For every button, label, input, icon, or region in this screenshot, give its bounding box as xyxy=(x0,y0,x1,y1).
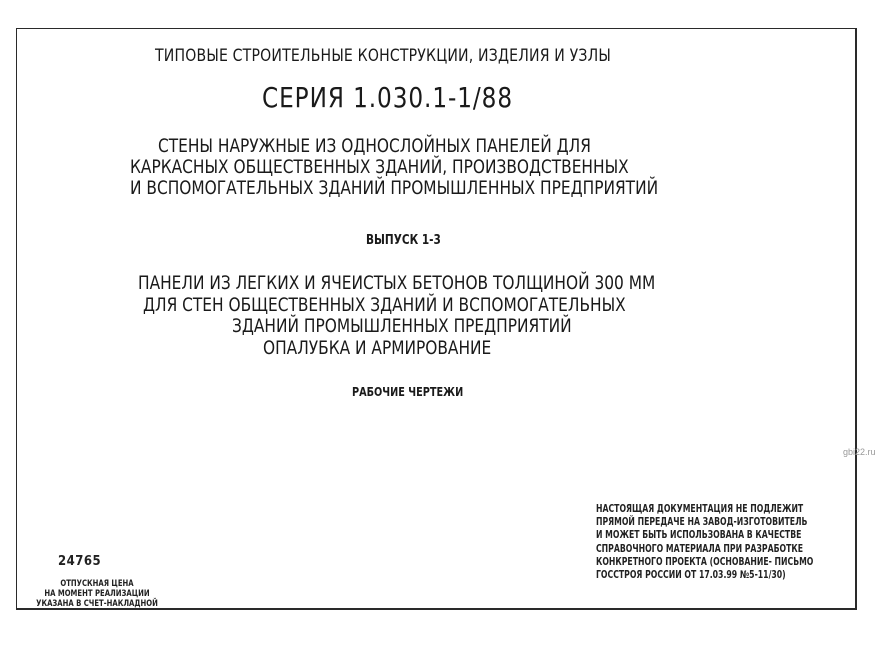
notice-line: ГОССТРОЯ РОССИИ ОТ 17.03.99 №5-11/30) xyxy=(596,569,813,582)
site-watermark: gbi22.ru xyxy=(843,447,876,457)
price-note-line: на момент реализации xyxy=(30,589,165,599)
price-note-line: указана в счет-накладной xyxy=(30,599,165,609)
usage-notice: НАСТОЯЩАЯ ДОКУМЕНТАЦИЯ НЕ ПОДЛЕЖИТ ПРЯМО… xyxy=(596,503,813,582)
notice-line: НАСТОЯЩАЯ ДОКУМЕНТАЦИЯ НЕ ПОДЛЕЖИТ xyxy=(596,503,813,516)
price-note: Отпускная цена на момент реализации указ… xyxy=(30,579,165,609)
series-title: СЕРИЯ 1.030.1-1/88 xyxy=(262,81,513,114)
standard-header: ТИПОВЫЕ СТРОИТЕЛЬНЫЕ КОНСТРУКЦИИ, ИЗДЕЛИ… xyxy=(155,46,611,66)
notice-line: ПРЯМОЙ ПЕРЕДАЧЕ НА ЗАВОД-ИЗГОТОВИТЕЛЬ xyxy=(596,516,813,529)
inventory-code: 24765 xyxy=(58,554,101,569)
issue-number: ВЫПУСК 1-3 xyxy=(366,233,441,248)
panels-title-line-1: ПАНЕЛИ ИЗ ЛЕГКИХ И ЯЧЕИСТЫХ БЕТОНОВ ТОЛЩ… xyxy=(138,272,655,294)
panels-title-line-3: ЗДАНИЙ ПРОМЫШЛЕННЫХ ПРЕДПРИЯТИЙ xyxy=(232,315,572,337)
walls-title-line-2: КАРКАСНЫХ ОБЩЕСТВЕННЫХ ЗДАНИЙ, ПРОИЗВОДС… xyxy=(130,156,629,178)
notice-line: СПРАВОЧНОГО МАТЕРИАЛА ПРИ РАЗРАБОТКЕ xyxy=(596,543,813,556)
notice-line: КОНКРЕТНОГО ПРОЕКТА (ОСНОВАНИЕ- ПИСЬМО xyxy=(596,556,813,569)
walls-title-line-1: СТЕНЫ НАРУЖНЫЕ ИЗ ОДНОСЛОЙНЫХ ПАНЕЛЕЙ ДЛ… xyxy=(158,135,591,157)
price-note-line: Отпускная цена xyxy=(30,579,165,589)
panels-title-line-2: ДЛЯ СТЕН ОБЩЕСТВЕННЫХ ЗДАНИЙ И ВСПОМОГАТ… xyxy=(143,294,626,316)
notice-line: И МОЖЕТ БЫТЬ ИСПОЛЬЗОВАНА В КАЧЕСТВЕ xyxy=(596,529,813,542)
walls-title-line-3: И ВСПОМОГАТЕЛЬНЫХ ЗДАНИЙ ПРОМЫШЛЕННЫХ ПР… xyxy=(130,177,658,199)
working-drawings-label: РАБОЧИЕ ЧЕРТЕЖИ xyxy=(352,385,463,399)
panels-title-line-4: ОПАЛУБКА И АРМИРОВАНИЕ xyxy=(263,337,491,359)
